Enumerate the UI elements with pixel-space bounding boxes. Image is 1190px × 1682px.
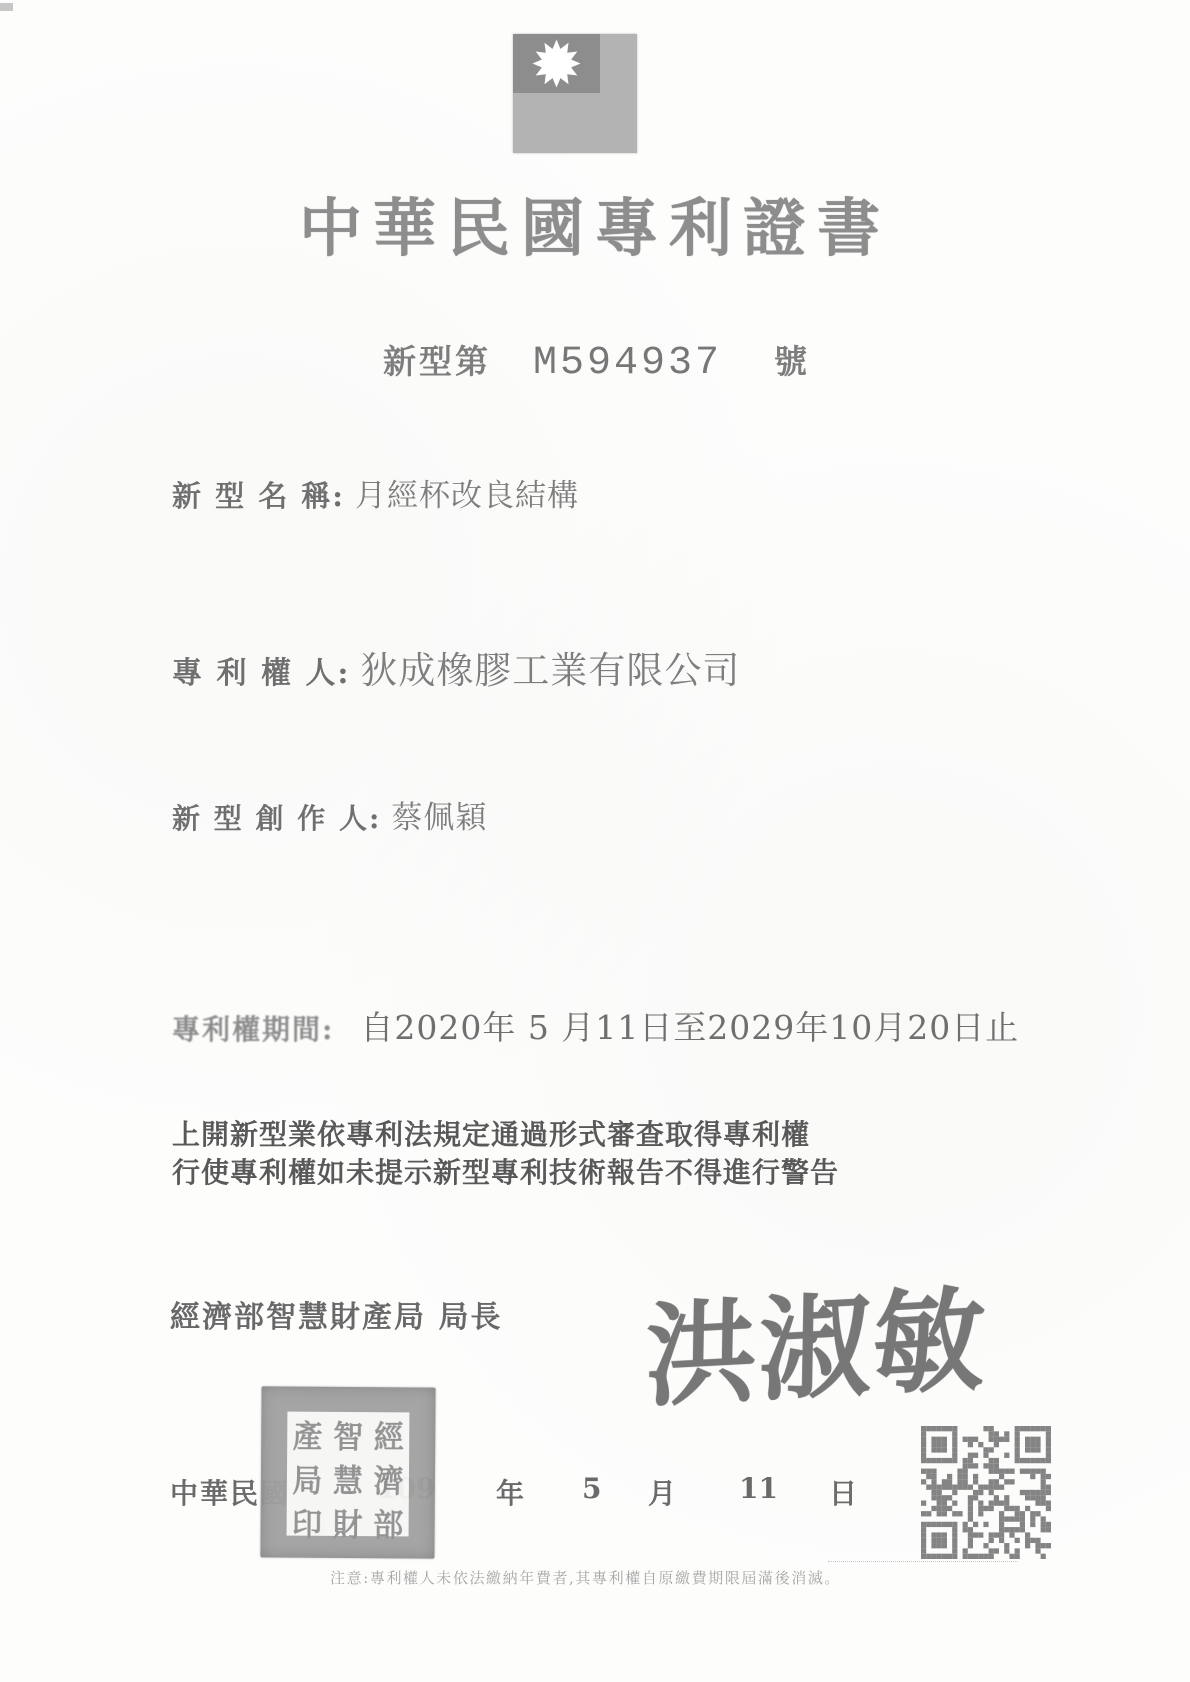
date-day: 11 (739, 1472, 778, 1505)
model-name-label: 新 型 名 稱: (172, 474, 345, 515)
seal-char: 慧 (327, 1455, 368, 1501)
patent-certificate-page: 中華民國專利證書 新型第 M594937 號 新 型 名 稱: 月經杯改良結構 … (0, 0, 1190, 1682)
official-seal: 經 濟 部 智 慧 財 產 局 印 (260, 1386, 435, 1558)
model-name-value: 月經杯改良結構 (355, 470, 579, 515)
creator-value: 蔡佩穎 (391, 792, 487, 837)
field-row-patentee: 專 利 權 人: 狄成橡膠工業有限公司 (172, 640, 740, 694)
scan-artifact (828, 1561, 1018, 1562)
legal-line-2: 行使專利權如未提示新型專利技術報告不得進行警告 (172, 1154, 839, 1192)
seal-char: 濟 (368, 1455, 409, 1501)
date-month: 5 (582, 1472, 601, 1505)
seal-char: 局 (287, 1454, 328, 1500)
patent-number-suffix: 號 (774, 336, 807, 383)
date-month-unit: 月 (648, 1472, 676, 1512)
patent-number-row: 新型第 M594937 號 (0, 336, 1190, 386)
roc-flag (513, 34, 637, 153)
seal-char: 印 (286, 1498, 327, 1544)
field-row-model-name: 新 型 名 稱: 月經杯改良結構 (172, 470, 579, 515)
scan-corner-artifact (0, 3, 13, 11)
legal-line-1: 上開新型業依專利法規定通過形式審查取得專利權 (172, 1116, 839, 1154)
patent-term-label: 專利權期間: (172, 1008, 334, 1048)
seal-char: 部 (368, 1499, 409, 1545)
footnote-note: 注意:專利權人未依法繳納年費者,其專利權自原繳費期限屆滿後消滅。 (330, 1567, 841, 1588)
patent-number-prefix: 新型第 (383, 336, 491, 383)
seal-char: 產 (287, 1410, 328, 1456)
field-row-patent-term: 專利權期間: 自2020年 5 月11日至2029年10月20日止 (172, 1002, 1019, 1049)
director-signature: 洪淑敏 (644, 1248, 1026, 1429)
patent-term-value: 自2020年 5 月11日至2029年10月20日止 (360, 1002, 1019, 1049)
patent-number-value: M594937 (533, 341, 722, 386)
seal-char: 智 (328, 1411, 369, 1457)
seal-char: 財 (327, 1499, 368, 1545)
certificate-title: 中華民國專利證書 (0, 178, 1190, 269)
date-day-unit: 日 (829, 1472, 857, 1512)
seal-inscription: 經 濟 部 智 慧 財 產 局 印 (287, 1412, 410, 1537)
legal-notice: 上開新型業依專利法規定通過形式審查取得專利權 行使專利權如未提示新型專利技術報告… (172, 1116, 839, 1192)
patentee-label: 專 利 權 人: (172, 648, 350, 692)
issuer-office-title: 經濟部智慧財產局 局長 (170, 1292, 502, 1336)
seal-char: 經 (368, 1411, 409, 1457)
flag-sun-icon (513, 34, 637, 153)
date-year-unit: 年 (496, 1472, 524, 1512)
field-row-creator: 新 型 創 作 人: 蔡佩穎 (172, 792, 487, 837)
patentee-value: 狄成橡膠工業有限公司 (360, 640, 740, 694)
creator-label: 新 型 創 作 人: (172, 797, 381, 837)
issue-date-row: 中華民國 109 年 5 月 11 日 (0, 1472, 1190, 1506)
